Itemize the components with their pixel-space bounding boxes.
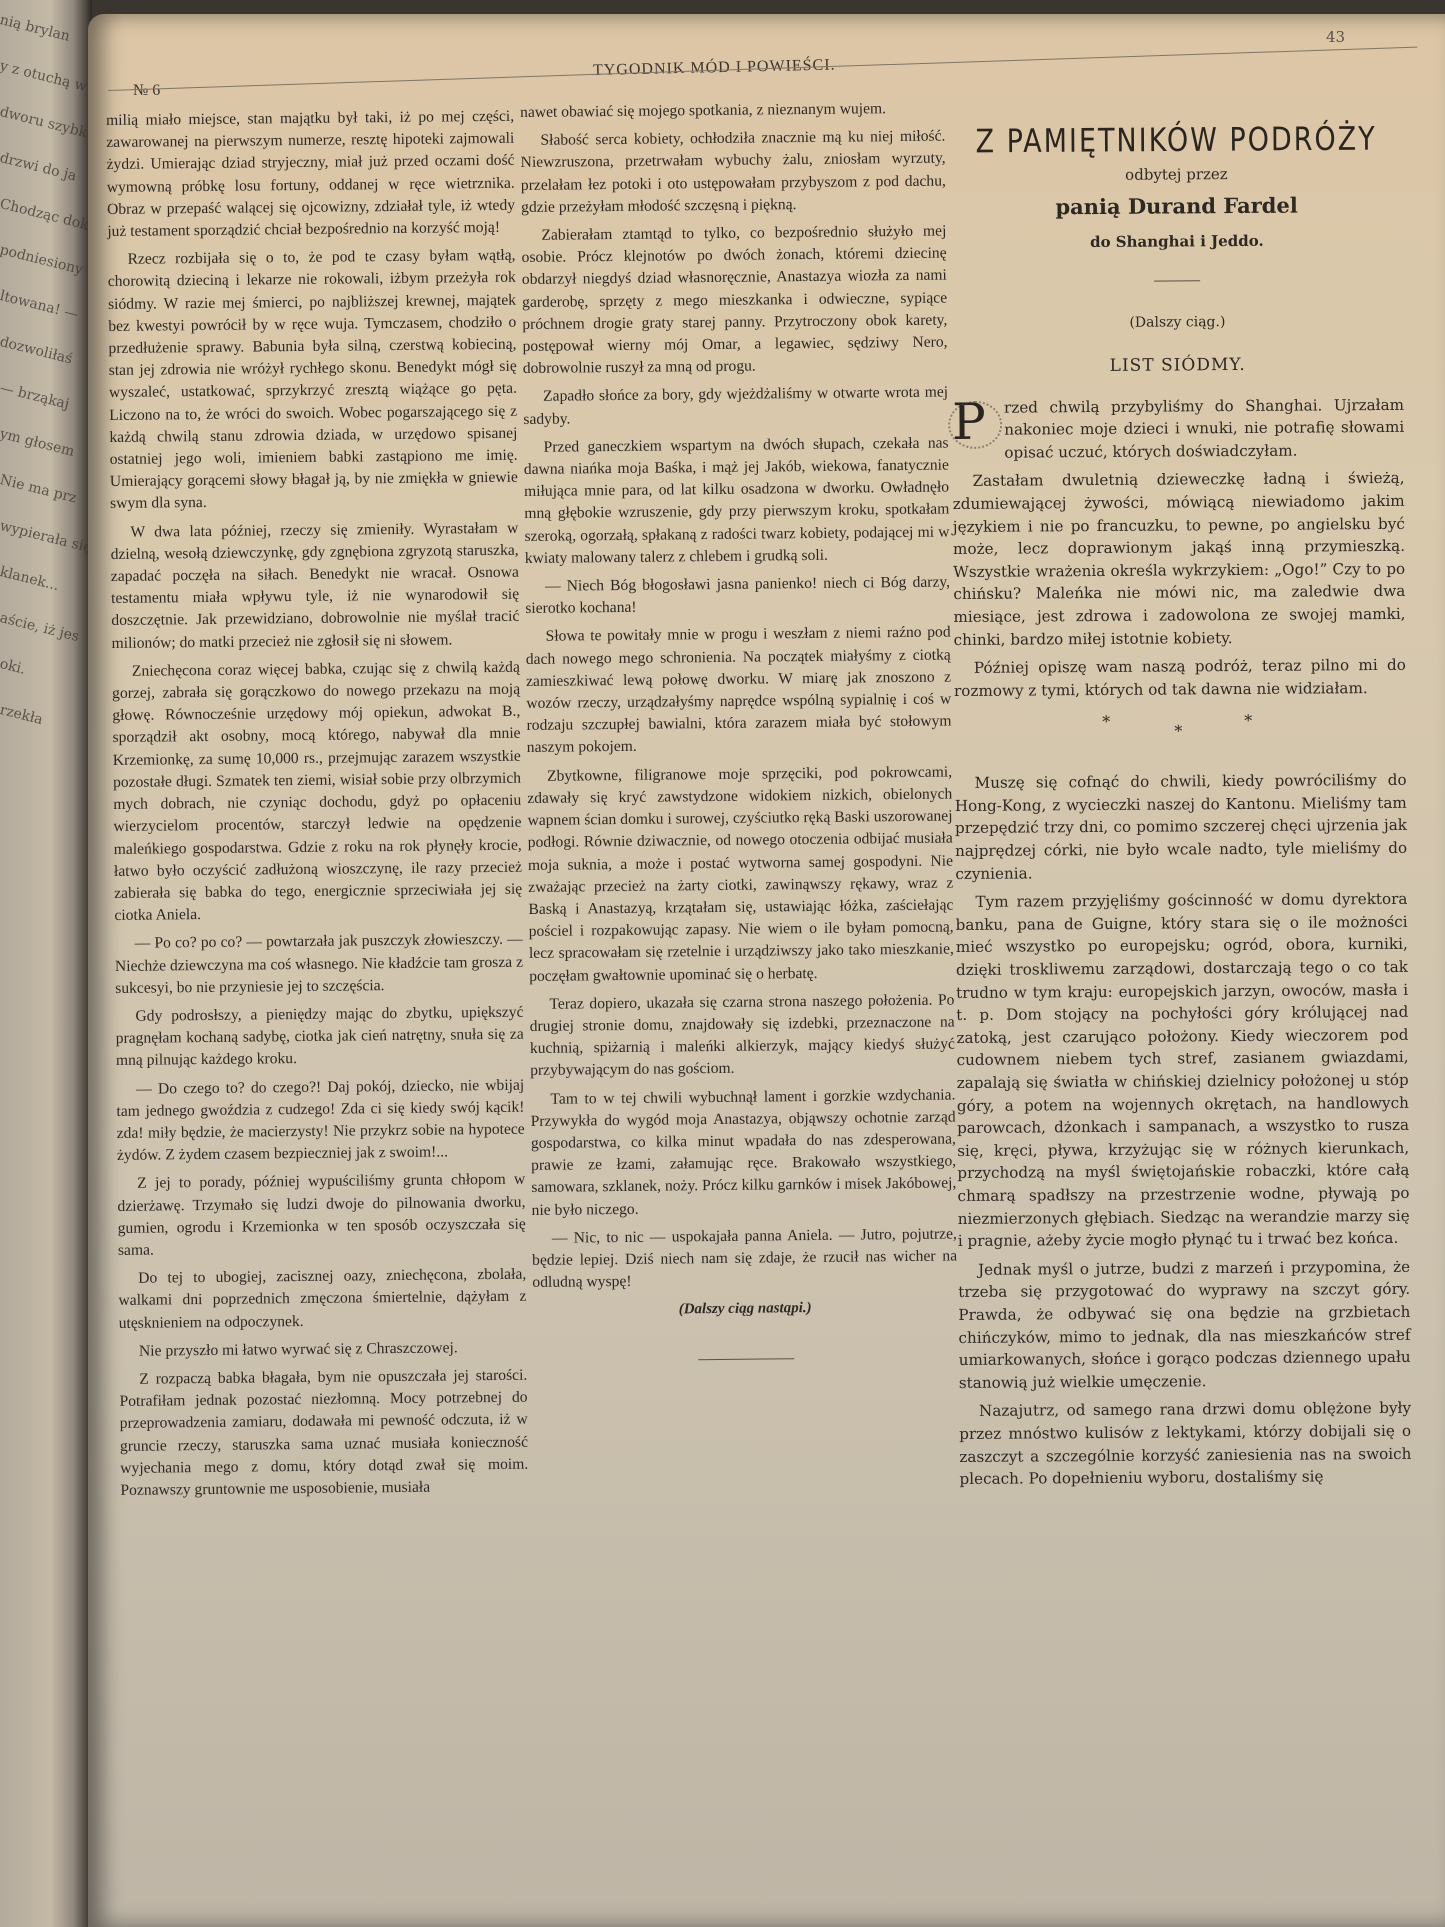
first-paragraph-text: rzed chwilą przybyliśmy do Shanghai. Ujr…	[1004, 395, 1404, 461]
column-1-novel-continuation: milią miało miejsce, stan majątku był ta…	[106, 106, 529, 1508]
paragraph: — Niech Bóg błogosławi jasna panienko! n…	[525, 572, 950, 621]
article-author: panią Durand Fardel	[951, 194, 1403, 220]
article-subtitle: odbytej przez	[950, 161, 1402, 187]
end-rule	[698, 1358, 794, 1360]
paragraph: Gdy podrosłszy, a pieniędzy mając do zby…	[115, 1002, 524, 1073]
paragraph: Teraz dopiero, ukazała się czarna strona…	[529, 989, 955, 1082]
previous-page-text-fragment: Chodząc doko	[0, 196, 92, 236]
previous-page-text-fragment: dozwoliłaś	[0, 334, 74, 367]
previous-page-text-fragment: ym głosem	[0, 426, 76, 460]
paragraph: Zbytkowne, filigranowe moje sprzęciki, p…	[527, 761, 954, 987]
header-rule	[108, 47, 1417, 91]
newspaper-page: 43 TYGODNIK MÓD I POWIEŚCI. № 6 milią mi…	[88, 14, 1445, 1927]
previous-page-text-fragment: klanek...	[0, 564, 61, 594]
issue-number: № 6	[133, 82, 160, 100]
paragraph: Muszę się cofnąć do chwili, kiedy powróc…	[955, 769, 1408, 885]
paragraph: Z rozpaczą babka błagała, bym nie opuszc…	[119, 1365, 528, 1502]
paragraph: Nazajutrz, od samego rana drzwi domu obl…	[959, 1397, 1412, 1491]
paragraph: Tam to w tej chwili wybuchnął lament i g…	[530, 1084, 956, 1222]
page-number: 43	[1326, 28, 1345, 46]
previous-page-text-fragment: y z otuchą w	[0, 58, 88, 95]
article-title: Z PAMIĘTNIKÓW PODRÓŻY	[950, 127, 1402, 157]
paragraph: Tym razem przyjęliśmy gościnność w domu …	[955, 888, 1410, 1253]
previous-page-text-fragment: ltowana! —	[0, 288, 80, 323]
paragraph: Zniechęcona coraz więcej babka, czując s…	[112, 657, 523, 928]
paragraph: — Nic, to nic — uspokajała panna Aniela.…	[532, 1223, 958, 1294]
column-3-travel-diary: Z PAMIĘTNIKÓW PODRÓŻY odbytej przez pani…	[950, 115, 1412, 1497]
previous-page-text-fragment: aście, iż jes	[0, 610, 81, 645]
paragraph: Zastałam dwuletnią dzieweczkę ładną i św…	[952, 467, 1405, 651]
paragraph: Rzecz rozbijała się o to, że pod te czas…	[107, 245, 518, 516]
paragraph: Nie przyszło mi łatwo wyrwać się z Chras…	[119, 1336, 527, 1362]
paragraph: W dwa lata później, rzeczy się zmieniły.…	[110, 517, 519, 654]
paragraph: nawet obawiać się mojego spotkania, z ni…	[520, 98, 945, 125]
previous-page-text-fragment: drzwi do ja	[0, 150, 78, 185]
paragraph: Do tej to ubogiej, zacisznej oazy, zniec…	[118, 1264, 527, 1335]
paragraphs-after-break: Muszę się cofnąć do chwili, kiedy powróc…	[955, 769, 1412, 1491]
paragraph: Przed ganeczkiem wspartym na dwóch słupa…	[524, 432, 950, 570]
running-title: TYGODNIK MÓD I POWIEŚCI.	[593, 56, 836, 80]
previous-page-text-fragment: Nie ma prz	[0, 472, 78, 507]
asterisk-icon: *	[1174, 721, 1182, 744]
article-destination: do Shanghai i Jeddo.	[951, 229, 1403, 255]
previous-page-text-fragment: podniesiony	[0, 242, 85, 278]
paragraph: Zabierałam ztamtąd to tylko, co bezpośre…	[521, 221, 948, 381]
previous-page-text-fragment: wypierała się	[0, 518, 92, 556]
column-2-body: nawet obawiać się mojego spotkania, z ni…	[520, 98, 957, 1295]
asterisk-icon: *	[1244, 710, 1252, 733]
paragraph: milią miało miejsce, stan majątku był ta…	[106, 106, 515, 243]
title-rule	[1154, 281, 1200, 282]
paragraph: Słabość serca kobiety, ochłodziła znaczn…	[520, 126, 946, 219]
paragraphs-before-break: Zastałam dwuletnią dzieweczkę ładną i św…	[952, 467, 1406, 702]
first-paragraph: Przed chwilą przybyliśmy do Shanghai. Uj…	[952, 393, 1404, 464]
to-be-continued-note: (Dalszy ciąg nastąpi.)	[533, 1296, 958, 1323]
previous-page-text-fragment: oki.	[0, 656, 27, 678]
ornamental-drop-cap: P	[952, 396, 1000, 446]
paragraph: — Po co? po co? — powtarzała jak puszczy…	[115, 929, 524, 1000]
asterisk-icon: *	[1102, 711, 1110, 734]
paragraph: Zapadło słońce za bory, gdy wjeżdżaliśmy…	[523, 382, 948, 431]
paragraph: Później opiszę wam naszą podróż, teraz p…	[954, 654, 1406, 702]
previous-page-text-fragment: — brząkaj	[0, 380, 71, 413]
previous-page-text-fragment: nią brylan	[0, 12, 72, 45]
previous-page-text-fragment: rzekła	[0, 702, 44, 728]
previous-page-edge: nią brylany z otuchą wdworu szybkdrzwi d…	[0, 0, 92, 1927]
previous-page-text-fragment: dworu szybk	[0, 104, 89, 141]
paragraph: Z jej to porady, później wypuściliśmy gr…	[117, 1169, 526, 1262]
column-2-novel-continuation: nawet obawiać się mojego spotkania, z ni…	[520, 98, 958, 1362]
paragraph: Słowa te powitały mnie w progu i weszłam…	[525, 622, 951, 760]
section-break-asterisks: * * *	[954, 705, 1406, 756]
paragraph: — Do czego to? do czego?! Daj pokój, dzi…	[116, 1074, 525, 1167]
letter-heading: LIST SIÓDMY.	[952, 353, 1404, 379]
paragraph: Jednak myśl o jutrze, budzi z marzeń i p…	[958, 1256, 1411, 1395]
continued-label: (Dalszy ciąg.)	[951, 310, 1403, 336]
